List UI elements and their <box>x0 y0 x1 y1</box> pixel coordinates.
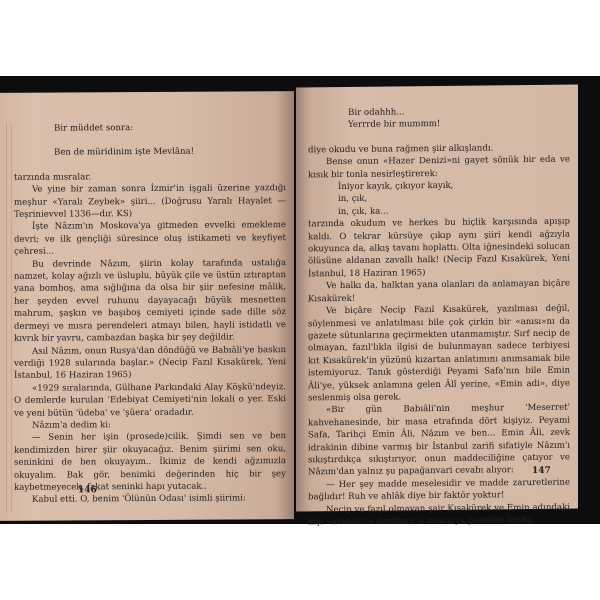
paragraph: — Senin her işin (prosede)cilik. Şimdi s… <box>14 430 286 494</box>
paragraph: Necip ve fazıl olmayan şair Kısakürek ve… <box>308 501 570 529</box>
page-number: 147 <box>532 465 551 478</box>
paragraph: Ve biçâre Necip Fazıl Kısakürek, yazılma… <box>308 303 570 405</box>
paragraph: Kabul etti. O, benim 'Ölünün Odası' isim… <box>14 493 286 507</box>
paragraph: Ve halkı da, halktan yana olanları da an… <box>308 278 570 306</box>
paragraph: — Her şey madde meselesidir ve madde zar… <box>308 476 570 504</box>
left-page-text: Bir müddet sonra: Ben de müridinim işte … <box>14 121 286 506</box>
paragraph: «Bir gün Babıâli'nin meşhur 'Meserret' k… <box>308 402 570 479</box>
right-page: Bir odahhh... Yerrrde bir mummm! diye ok… <box>296 85 578 512</box>
paragraph: İşte Nâzım'ın Moskova'ya gitmeden evvelk… <box>14 220 286 259</box>
paragraph: tarzında okudum ve herkes bu hiçlik karş… <box>308 216 570 281</box>
paragraph: Bu devrinde Nâzım, şiirin kolay tarafınd… <box>14 257 286 346</box>
page-number: 146 <box>78 484 97 497</box>
paragraph: Bense onun «Hazer Denizi»ni gayet sönük … <box>308 154 570 182</box>
right-page-text: Bir odahhh... Yerrrde bir mummm! diye ok… <box>308 105 570 529</box>
left-page: Bir müddet sonra: Ben de müridinim işte … <box>0 91 294 521</box>
paragraph: Ve yine bir zaman sonra İzmir'in işgali … <box>14 182 286 221</box>
paragraph: «1929 sıralarında, Gülhane Parkındaki Al… <box>14 381 286 420</box>
page-edge-lines <box>6 123 12 513</box>
paragraph: Asıl Nâzım, onun Rusya'dan döndüğü ve Ba… <box>14 344 286 383</box>
